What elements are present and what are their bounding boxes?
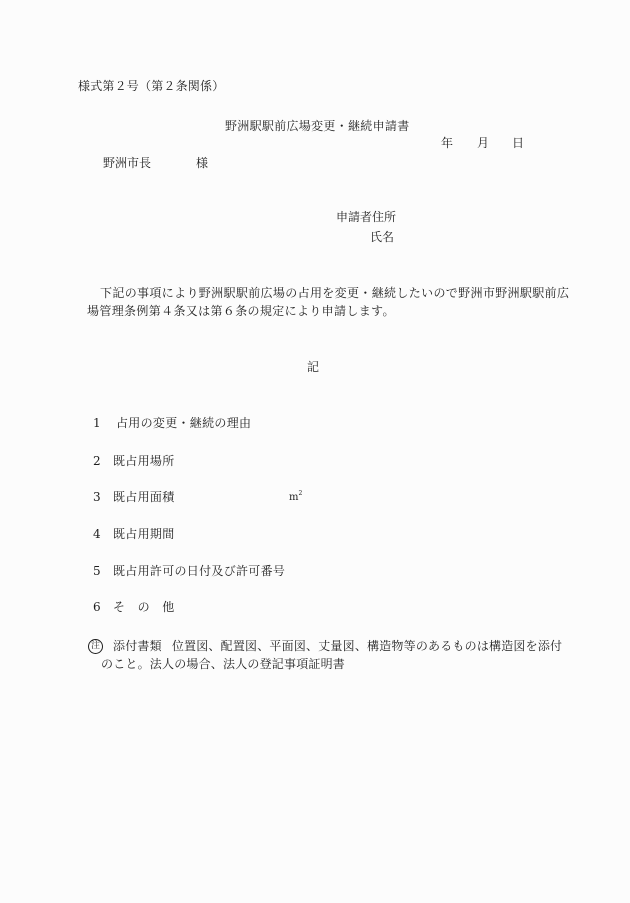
- form-number: 様式第２号（第２条関係）: [78, 80, 224, 92]
- note-line-2: のこと。法人の場合、法人の登記事項証明書: [101, 658, 345, 670]
- note-line-1: 添付書類位置図、配置図、平面図、丈量図、構造物等のあるものは構造図を添付: [113, 640, 562, 652]
- item-label: 既占用面積: [113, 491, 175, 503]
- list-item: 2 既占用場所: [0, 455, 630, 469]
- body-line-2: 場管理条例第４条又は第６条の規定により申請します。: [87, 305, 395, 317]
- item-number: 1: [93, 417, 101, 429]
- list-item: 3 既占用面積: [0, 491, 630, 505]
- item-number: 4: [93, 528, 101, 540]
- item-label: 既占用期間: [113, 528, 175, 540]
- item-number: 3: [93, 491, 101, 503]
- addressee-honorific: 様: [196, 157, 208, 169]
- list-item: 1 占用の変更・継続の理由: [0, 417, 630, 431]
- applicant-name-label: 氏名: [370, 231, 394, 243]
- list-item: 5 既占用許可の日付及び許可番号: [0, 565, 630, 579]
- date-year-label: 年: [441, 137, 453, 149]
- list-item: 4 既占用期間: [0, 528, 630, 542]
- item-label: そ の 他: [113, 601, 175, 613]
- item-number: 2: [93, 455, 101, 467]
- item-label: 既占用許可の日付及び許可番号: [113, 565, 285, 577]
- item-number: 5: [93, 565, 101, 577]
- applicant-address-label: 申請者住所: [336, 211, 396, 223]
- area-unit-exponent: 2: [298, 490, 302, 497]
- date-day-label: 日: [512, 137, 524, 149]
- item-number: 6: [93, 601, 101, 613]
- document-title: 野洲駅駅前広場変更・継続申請書: [225, 120, 410, 132]
- body-line-1: 下記の事項により野洲駅駅前広場の占用を変更・継続したいので野洲市野洲駅駅前広: [100, 287, 569, 299]
- note-mark-icon: 注: [88, 639, 103, 654]
- item-label: 占用の変更・継続の理由: [116, 417, 251, 429]
- ki-heading: 記: [307, 361, 319, 373]
- date-month-label: 月: [477, 137, 489, 149]
- note-text: 位置図、配置図、平面図、丈量図、構造物等のあるものは構造図を添付: [172, 639, 562, 653]
- item-label: 既占用場所: [113, 455, 175, 467]
- list-item: 6 そ の 他: [0, 601, 630, 615]
- area-unit: m2: [289, 491, 302, 503]
- addressee-name: 野洲市長: [103, 157, 151, 169]
- note-heading: 添付書類: [113, 639, 162, 653]
